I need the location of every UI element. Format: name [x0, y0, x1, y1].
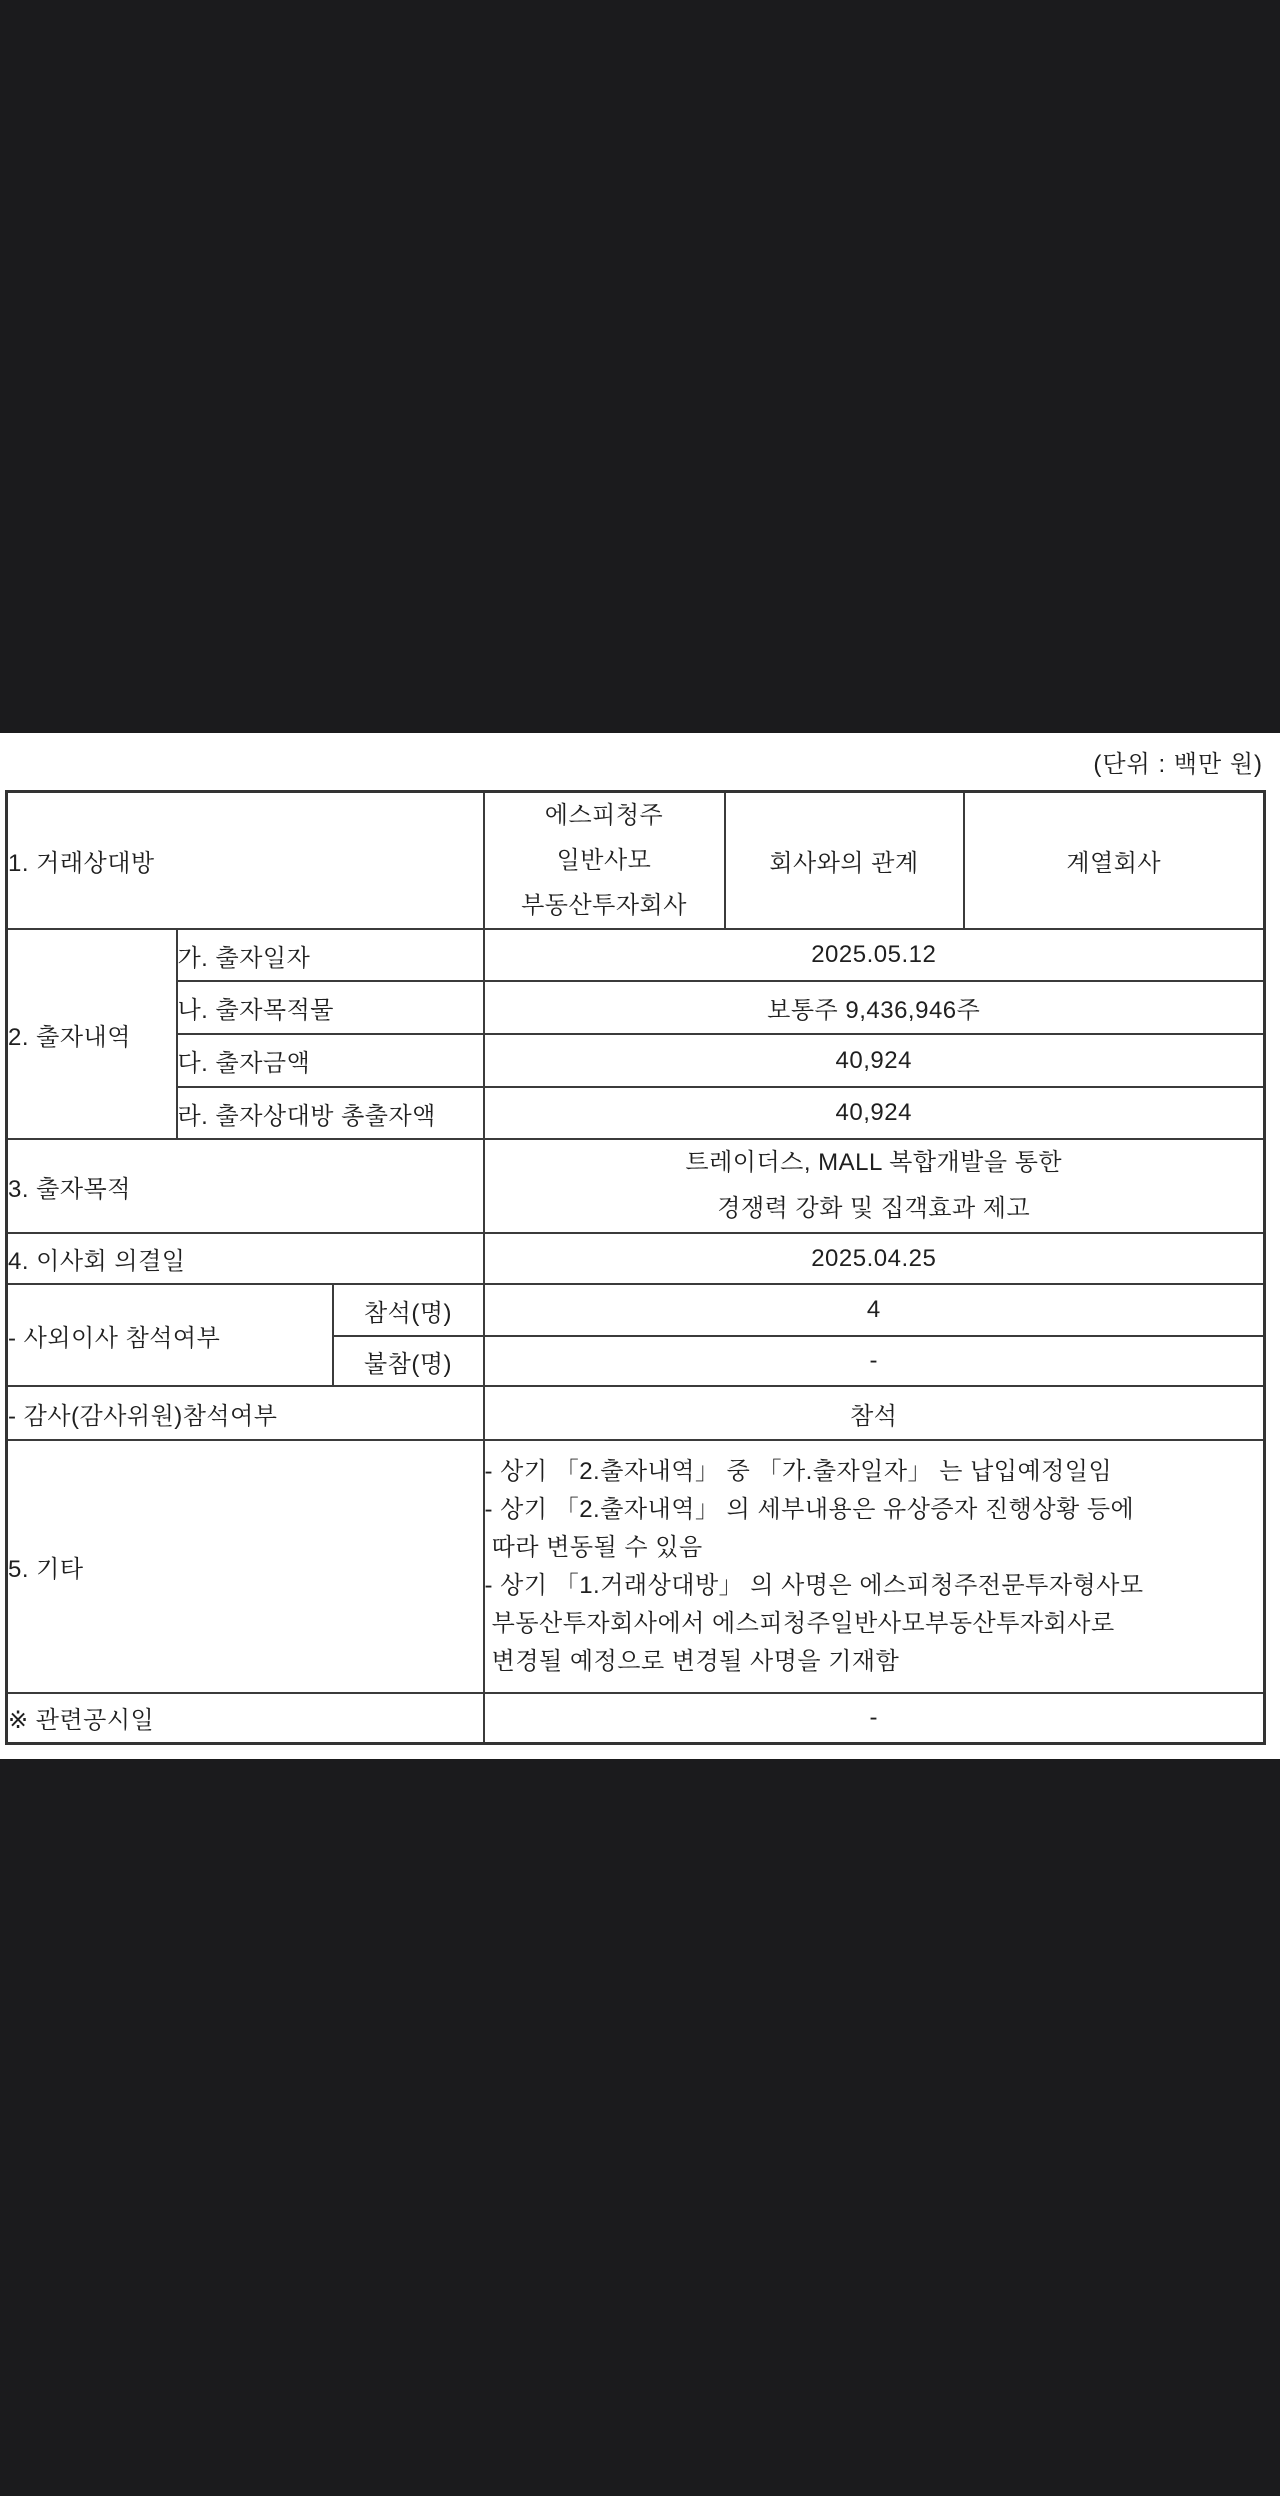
investment-amount-value: 40,924: [484, 1034, 1265, 1087]
board-date-value: 2025.04.25: [484, 1233, 1265, 1284]
attend-count-value: 4: [484, 1284, 1265, 1336]
auditor-label: - 감사(감사위원)참석여부: [7, 1386, 484, 1440]
document-page: (단위 : 백만 원) 1. 거래상대방 에스피청주 일반사모 부동산투자회사 …: [0, 733, 1280, 1759]
row-auditor-attendance: - 감사(감사위원)참석여부 참석: [7, 1386, 1265, 1440]
related-disclosure-label: ※ 관련공시일: [7, 1693, 484, 1743]
outside-directors-label: - 사외이사 참석여부: [7, 1284, 333, 1386]
purpose-label: 3. 출자목적: [7, 1139, 484, 1233]
row-counterparty: 1. 거래상대방 에스피청주 일반사모 부동산투자회사 회사와의 관계 계열회사: [7, 792, 1265, 930]
viewer-dark-background: (단위 : 백만 원) 1. 거래상대방 에스피청주 일반사모 부동산투자회사 …: [0, 0, 1280, 2496]
row-outside-directors-attend: - 사외이사 참석여부 참석(명) 4: [7, 1284, 1265, 1336]
row-board-date: 4. 이사회 의결일 2025.04.25: [7, 1233, 1265, 1284]
auditor-value: 참석: [484, 1386, 1265, 1440]
etc-value: - 상기 「2.출자내역」 중 「가.출자일자」 는 납입예정일임 - 상기 「…: [484, 1440, 1265, 1693]
investment-label: 2. 출자내역: [7, 929, 177, 1139]
board-date-label: 4. 이사회 의결일: [7, 1233, 484, 1284]
investment-total-value: 40,924: [484, 1087, 1265, 1139]
investment-object-label: 나. 출자목적물: [177, 981, 484, 1034]
disclosure-table: 1. 거래상대방 에스피청주 일반사모 부동산투자회사 회사와의 관계 계열회사…: [5, 790, 1266, 1745]
row-related-disclosure: ※ 관련공시일 -: [7, 1693, 1265, 1743]
purpose-value: 트레이더스, MALL 복합개발을 통한 경쟁력 강화 및 집객효과 제고: [484, 1139, 1265, 1233]
row-etc: 5. 기타 - 상기 「2.출자내역」 중 「가.출자일자」 는 납입예정일임 …: [7, 1440, 1265, 1693]
attend-count-label: 참석(명): [333, 1284, 484, 1336]
relation-value: 계열회사: [964, 792, 1265, 930]
counterparty-name: 에스피청주 일반사모 부동산투자회사: [484, 792, 725, 930]
row-investment-date: 2. 출자내역 가. 출자일자 2025.05.12: [7, 929, 1265, 981]
row-investment-amount: 다. 출자금액 40,924: [7, 1034, 1265, 1087]
unit-note: (단위 : 백만 원): [0, 733, 1280, 790]
related-disclosure-value: -: [484, 1693, 1265, 1743]
counterparty-label: 1. 거래상대방: [7, 792, 484, 930]
etc-label: 5. 기타: [7, 1440, 484, 1693]
absent-count-value: -: [484, 1336, 1265, 1386]
investment-amount-label: 다. 출자금액: [177, 1034, 484, 1087]
investment-date-value: 2025.05.12: [484, 929, 1265, 981]
row-purpose: 3. 출자목적 트레이더스, MALL 복합개발을 통한 경쟁력 강화 및 집객…: [7, 1139, 1265, 1233]
absent-count-label: 불참(명): [333, 1336, 484, 1386]
row-investment-object: 나. 출자목적물 보통주 9,436,946주: [7, 981, 1265, 1034]
investment-date-label: 가. 출자일자: [177, 929, 484, 981]
investment-total-label: 라. 출자상대방 총출자액: [177, 1087, 484, 1139]
relation-label: 회사와의 관계: [725, 792, 964, 930]
row-investment-total: 라. 출자상대방 총출자액 40,924: [7, 1087, 1265, 1139]
investment-object-value: 보통주 9,436,946주: [484, 981, 1265, 1034]
